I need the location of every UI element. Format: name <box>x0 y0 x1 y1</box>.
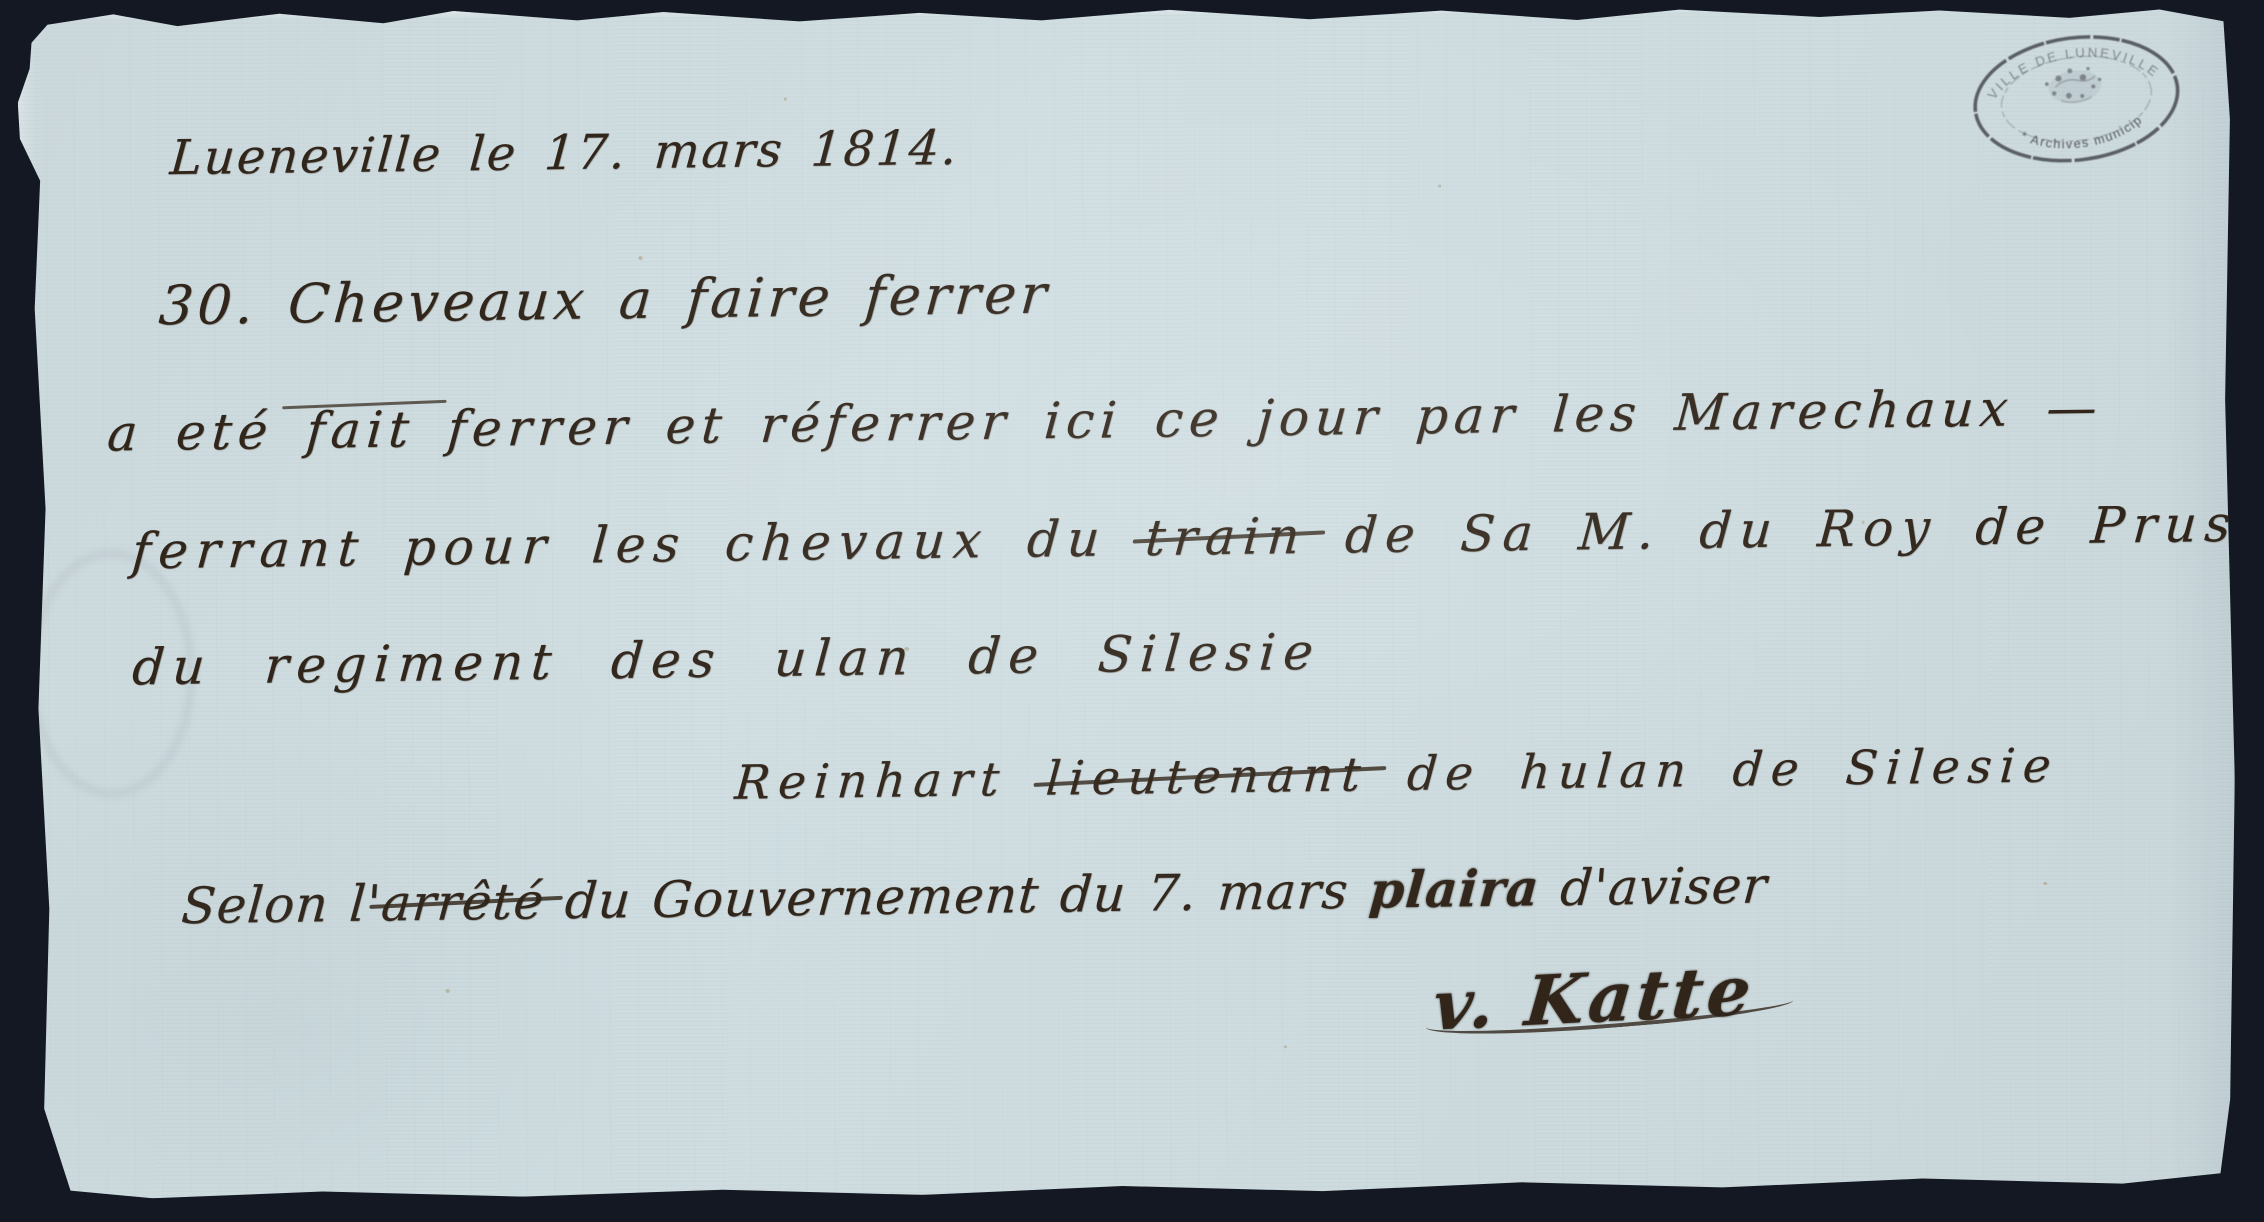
stamp-emblem-blotches <box>2043 65 2103 107</box>
paper-speck <box>446 989 450 993</box>
manuscript-segment: de Sa M. du Roy de Prusse <box>1305 494 2264 565</box>
manuscript-line-3: a eté fait ferrer et réferrer ici ce jou… <box>105 378 2104 462</box>
manuscript-segment: Selon l' <box>179 874 383 935</box>
paper-speck <box>904 647 909 651</box>
manuscript-segment: du regiment des ulan de Silesie <box>130 623 1323 697</box>
manuscript-segment: Lueneville le 17. mars 1814. <box>168 120 960 186</box>
backdrop: { "scene": { "description": "Scanned han… <box>0 0 2264 1222</box>
stamp-bottom-arc-text: * Archives municip <box>2017 111 2148 159</box>
manuscript-segment: train <box>1143 507 1309 567</box>
manuscript-segment: fait <box>304 400 417 459</box>
manuscript-segment: ferrer et réferrer ici ce jour par les M… <box>413 378 2105 458</box>
manuscript-lines: Lueneville le 17. mars 1814.30. Cheveaux… <box>17 0 2238 1213</box>
manuscript-segment: du Gouvernement du 7. mars <box>542 862 1372 931</box>
manuscript-line-4: ferrant pour les chevaux du train de Sa … <box>130 494 2264 581</box>
paper-sheet: Lueneville le 17. mars 1814.30. Cheveaux… <box>17 0 2238 1213</box>
manuscript-line-1: Lueneville le 17. mars 1814. <box>168 120 960 186</box>
paper-speck <box>1284 1045 1287 1048</box>
manuscript-line-7: Selon l'arrêté du Gouvernement du 7. mar… <box>179 855 1769 935</box>
manuscript-segment: lieutenant <box>1044 747 1370 806</box>
archive-stamp-graphic: VILLE DE LUNEVILLE * Archives municip <box>1951 10 2203 194</box>
manuscript-segment: plaira <box>1367 858 1541 919</box>
manuscript-line-6: Reinhart lieutenant de hulan de Silesie <box>733 738 2061 810</box>
manuscript-segment: a eté <box>105 402 308 463</box>
archive-stamp: VILLE DE LUNEVILLE * Archives municip <box>1951 10 2203 194</box>
paper-speck <box>784 97 787 100</box>
signature: v. Katte <box>1430 951 1758 1047</box>
manuscript-segment: v. Katte <box>1430 951 1758 1047</box>
paper-speck <box>638 256 642 260</box>
manuscript-segment: de hulan de Silesie <box>1366 738 2061 802</box>
manuscript-segment: ferrant pour les chevaux du <box>130 509 1148 580</box>
manuscript-segment: 30. Cheveaux a faire ferrer <box>157 263 1053 338</box>
manuscript-segment: Reinhart <box>733 752 1048 811</box>
paper-speck <box>1438 185 1441 188</box>
paper-speck <box>2043 882 2047 885</box>
manuscript-segment: d'aviser <box>1537 856 1769 917</box>
manuscript-line-5: du regiment des ulan de Silesie <box>130 623 1323 697</box>
manuscript-line-2: 30. Cheveaux a faire ferrer <box>157 263 1053 338</box>
manuscript-segment: arrêté <box>379 872 546 932</box>
paper-speck <box>1862 521 1865 524</box>
